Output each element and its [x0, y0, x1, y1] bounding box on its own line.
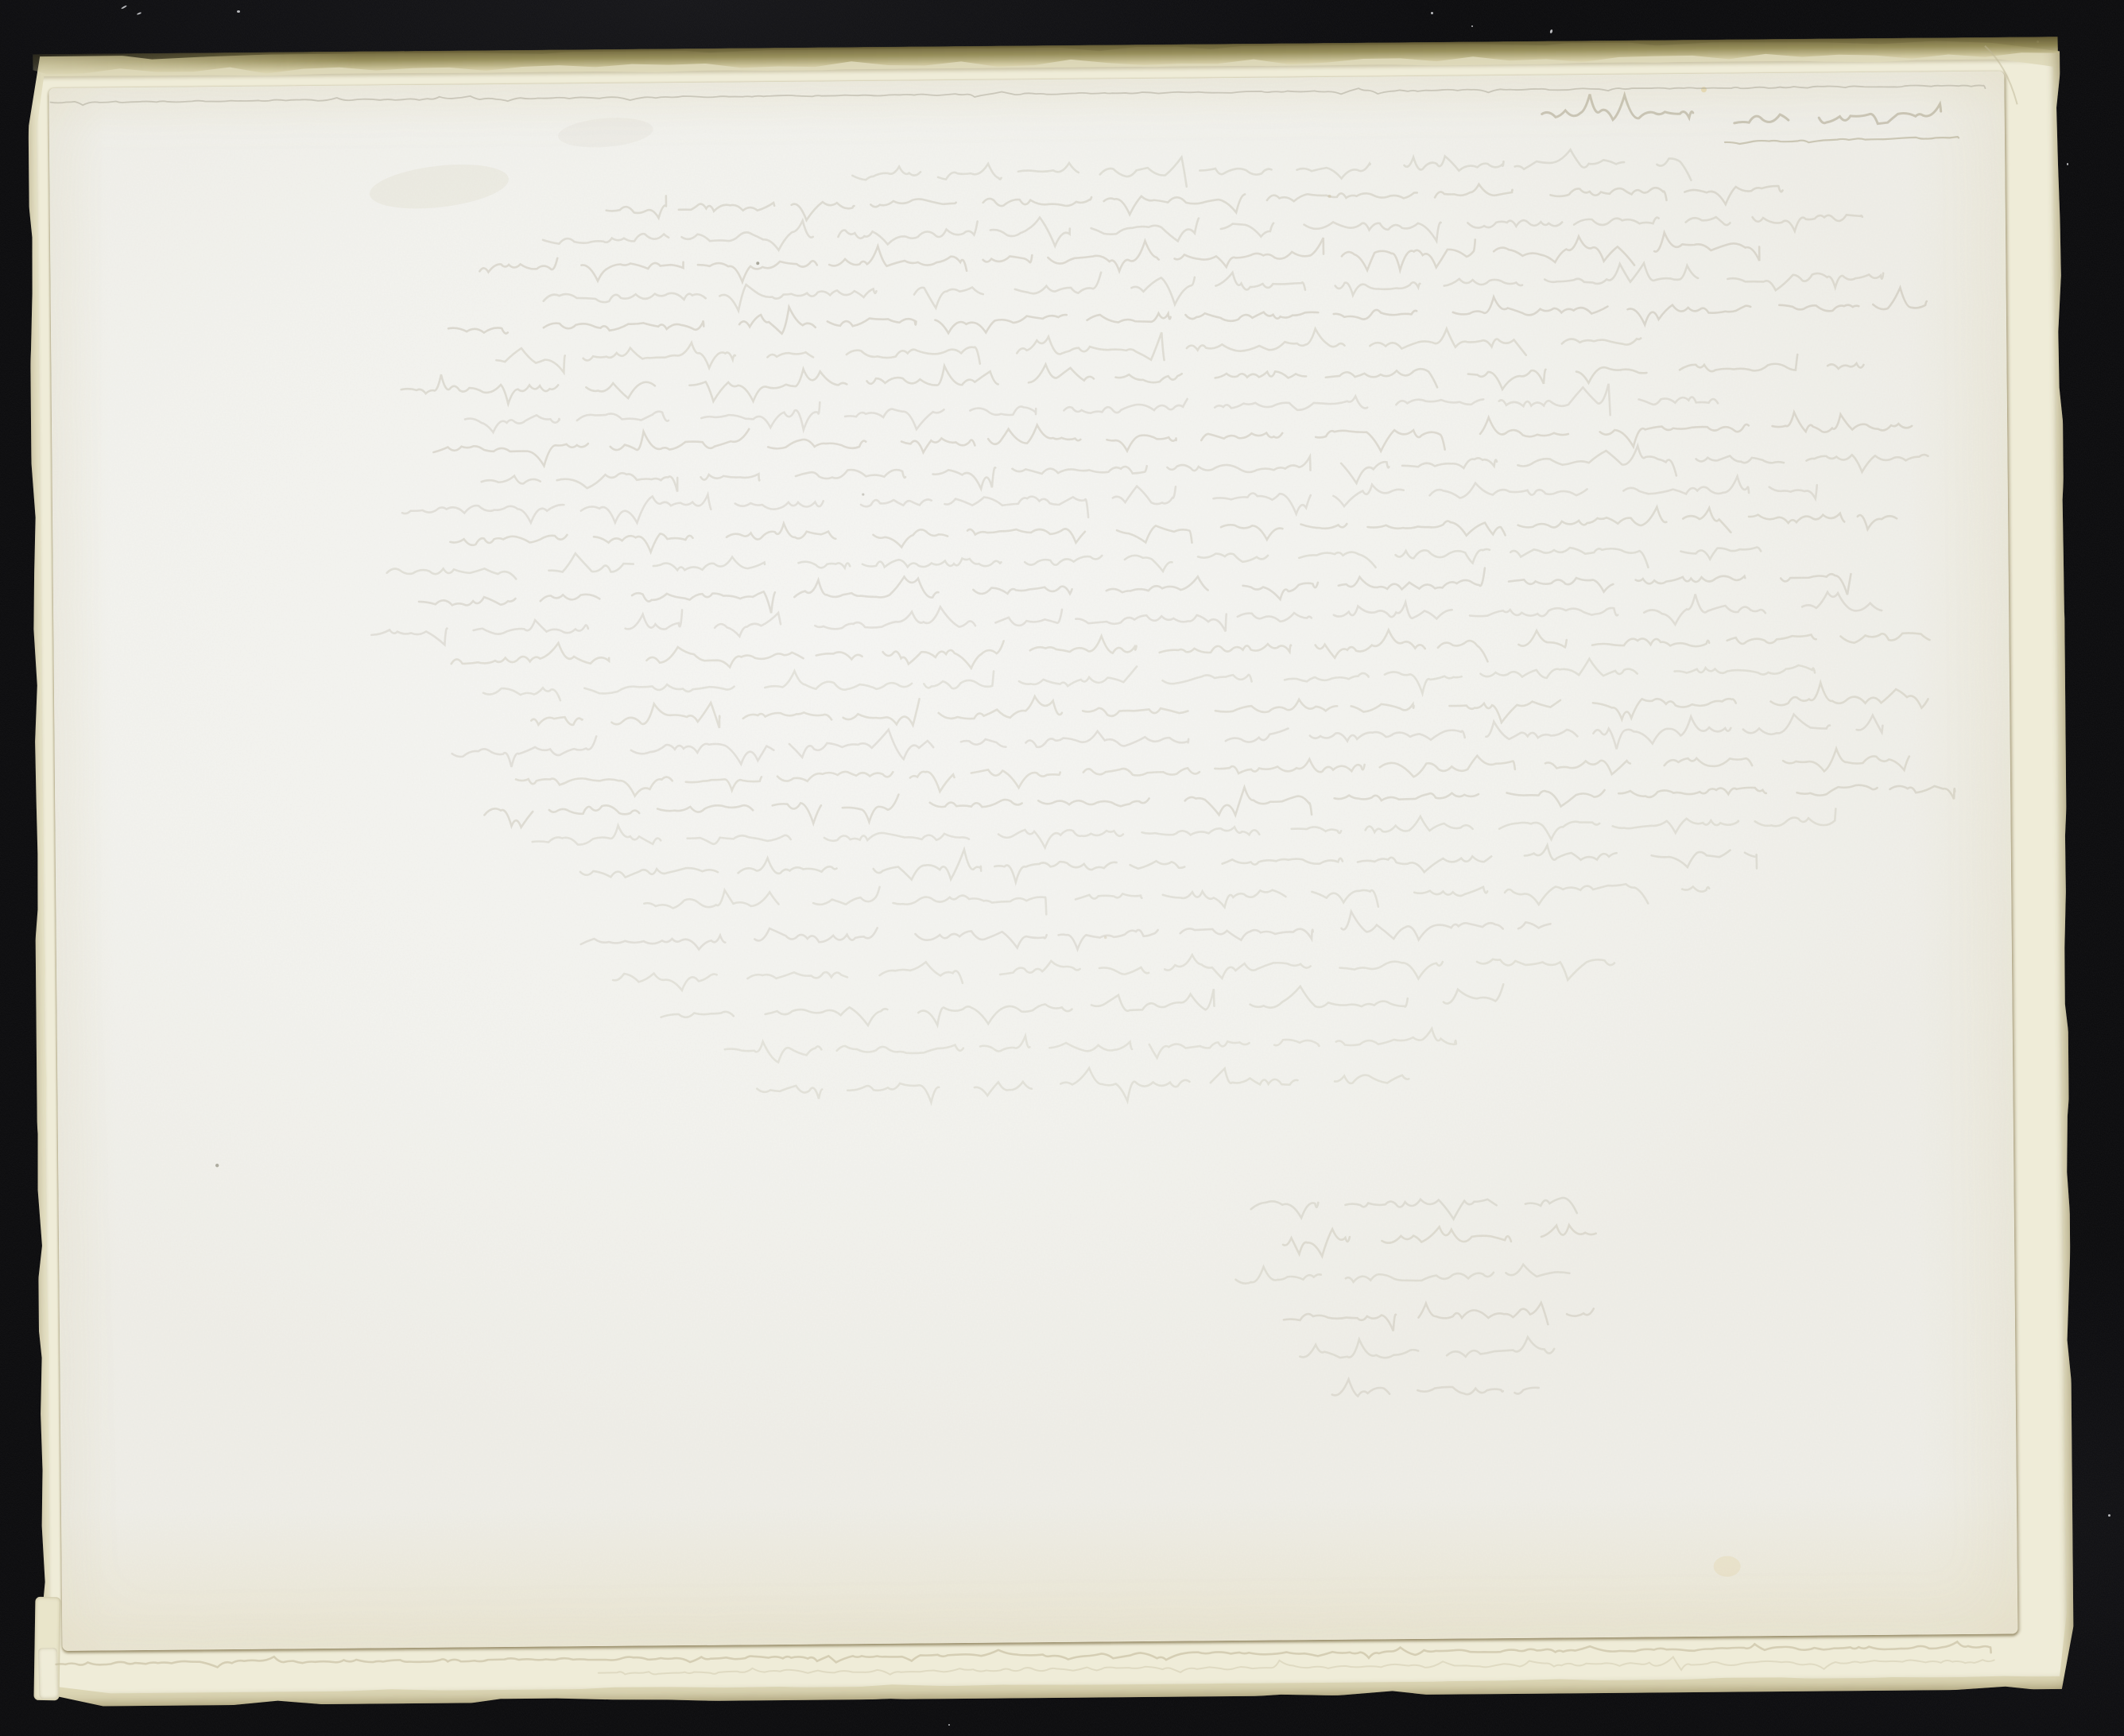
paper-stain [557, 114, 654, 150]
bleedthrough-script-line [531, 682, 1928, 731]
paper-stack [28, 39, 2074, 1707]
paper-fleck [1701, 87, 1707, 92]
bleedthrough-script-line [484, 781, 1955, 828]
bleedthrough-script-line [1284, 1302, 1594, 1332]
bleedthrough-script-line [661, 984, 1503, 1027]
bleedthrough-script-line [1235, 1264, 1569, 1283]
bleedthrough-script-line [1300, 1337, 1554, 1358]
bleedthrough-script-line [481, 444, 1928, 494]
photographed-document [0, 0, 2124, 1736]
bleedthrough-script-line [419, 565, 1851, 617]
bleedthrough-script-line [483, 657, 1816, 701]
bleedthrough-script-line [1283, 1225, 1596, 1257]
bleedthrough-script-line [401, 354, 1863, 405]
bleedthrough-script-line [613, 951, 1614, 991]
paper-stain [1714, 1556, 1741, 1576]
bleedthrough-script-line [725, 1029, 1456, 1063]
paper-fleck [1104, 936, 1107, 940]
bleedthrough-script-line [516, 748, 1909, 797]
bleedthrough-script-line [433, 411, 1912, 467]
bleedthrough-script-line [448, 288, 1927, 338]
bleedthrough-script-line [1251, 1198, 1577, 1221]
bleedthrough-script-line [607, 181, 1783, 222]
paper-fleck [1328, 195, 1331, 198]
bleedthrough-script-line [543, 261, 1883, 312]
paper-stain [367, 158, 511, 215]
paper-fleck [862, 493, 864, 495]
paper-fleck [215, 1164, 219, 1167]
bleedthrough-script-line [532, 808, 1835, 852]
bleedthrough-script-line [450, 505, 1897, 553]
bleedthrough-script-line [580, 910, 1550, 954]
bleedthrough-script-line [1332, 1378, 1539, 1397]
bleedthrough-script-line [479, 232, 1759, 285]
bleedthrough-script-line [452, 714, 1882, 768]
bleedthrough-script-line [757, 1065, 1409, 1104]
bleedthrough-script-line [644, 880, 1709, 918]
archival-annotation-script [1541, 94, 1692, 121]
bleedthrough-script-line [386, 543, 1761, 580]
top-sheet [48, 71, 2017, 1650]
bleedthrough-script-line [451, 626, 1929, 673]
bleedthrough-script-line [580, 843, 1757, 886]
annotation-underline [1725, 137, 1959, 144]
bleedthrough-script-line [371, 591, 1882, 645]
archival-annotation-script [1734, 104, 1941, 125]
bleedthrough-script-line [852, 149, 1691, 190]
bleedthrough-script-line [496, 326, 1641, 373]
paper-fleck [756, 262, 759, 265]
bleedthrough-ink-layer [48, 71, 2017, 1650]
protruding-sheet-edge [38, 1648, 59, 1699]
bleedthrough-script-line [465, 383, 1719, 433]
